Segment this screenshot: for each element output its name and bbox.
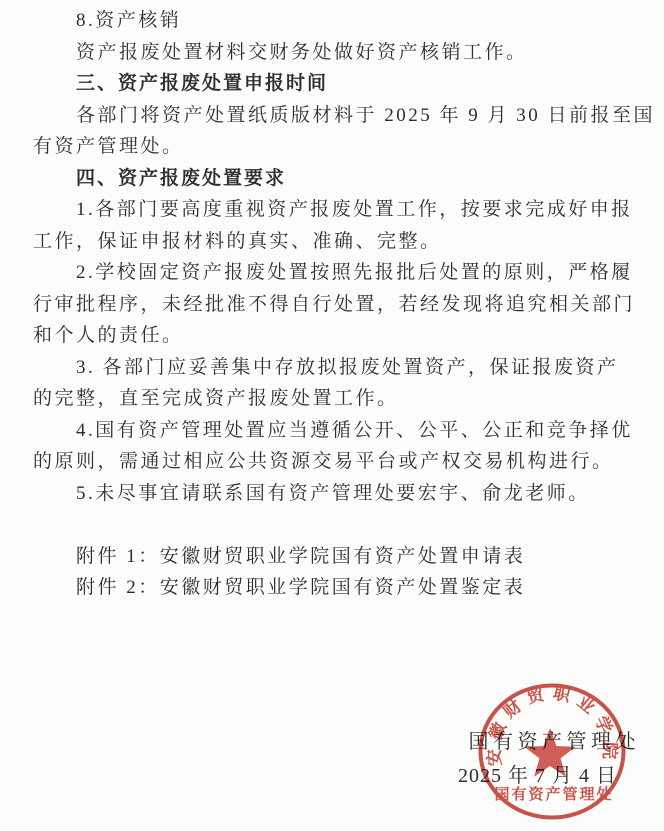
star-icon xyxy=(524,728,575,777)
text-line xyxy=(33,509,644,541)
text-line: 5.未尽事宜请联系国有资产管理处要宏宇、俞龙老师。 xyxy=(33,478,644,510)
text-line: 2.学校固定资产报废处置按照先报批后处置的原则，严格履 xyxy=(33,257,644,289)
text-line: 附件 1：安徽财贸职业学院国有资产处置申请表 xyxy=(33,541,644,573)
text-line: 3. 各部门应妥善集中存放拟报废处置资产，保证报废资产 xyxy=(33,352,644,384)
text-line: 的完整，直至完成资产报废处置工作。 xyxy=(33,383,644,415)
text-line: 1.各部门要高度重视资产报废处置工作，按要求完成好申报 xyxy=(33,194,644,226)
text-line: 工作，保证申报材料的真实、准确、完整。 xyxy=(33,226,644,258)
text-line: 的原则，需通过相应公共资源交易平台或产权交易机构进行。 xyxy=(33,446,644,478)
text-line: 各部门将资产处置纸质版材料于 2025 年 9 月 30 日前报至国 xyxy=(33,100,644,132)
text-line: 和个人的责任。 xyxy=(33,320,644,352)
text-line: 附件 2：安徽财贸职业学院国有资产处置鉴定表 xyxy=(33,572,644,604)
document-body: 8.资产核销 资产报废处置材料交财务处做好资产核销工作。 三、资产报废处置申报时… xyxy=(33,5,644,604)
text-line: 8.资产核销 xyxy=(33,5,644,37)
text-line: 资产报废处置材料交财务处做好资产核销工作。 xyxy=(33,37,644,69)
text-line: 有资产管理处。 xyxy=(33,131,644,163)
document-page: 8.资产核销 资产报废处置材料交财务处做好资产核销工作。 三、资产报废处置申报时… xyxy=(0,0,664,831)
official-seal: 安徽财贸职业学院 国有资产管理处 xyxy=(477,683,627,820)
text-line: 4.国有资产管理处置应当遵循公开、公平、公正和竞争择优 xyxy=(33,415,644,447)
seal-bottom-text: 国有资产管理处 xyxy=(494,785,613,803)
text-line: 行审批程序，未经批准不得自行处置，若经发现将追究相关部门 xyxy=(33,289,644,321)
text-line: 四、资产报废处置要求 xyxy=(33,163,644,195)
text-line: 三、资产报废处置申报时间 xyxy=(33,68,644,100)
